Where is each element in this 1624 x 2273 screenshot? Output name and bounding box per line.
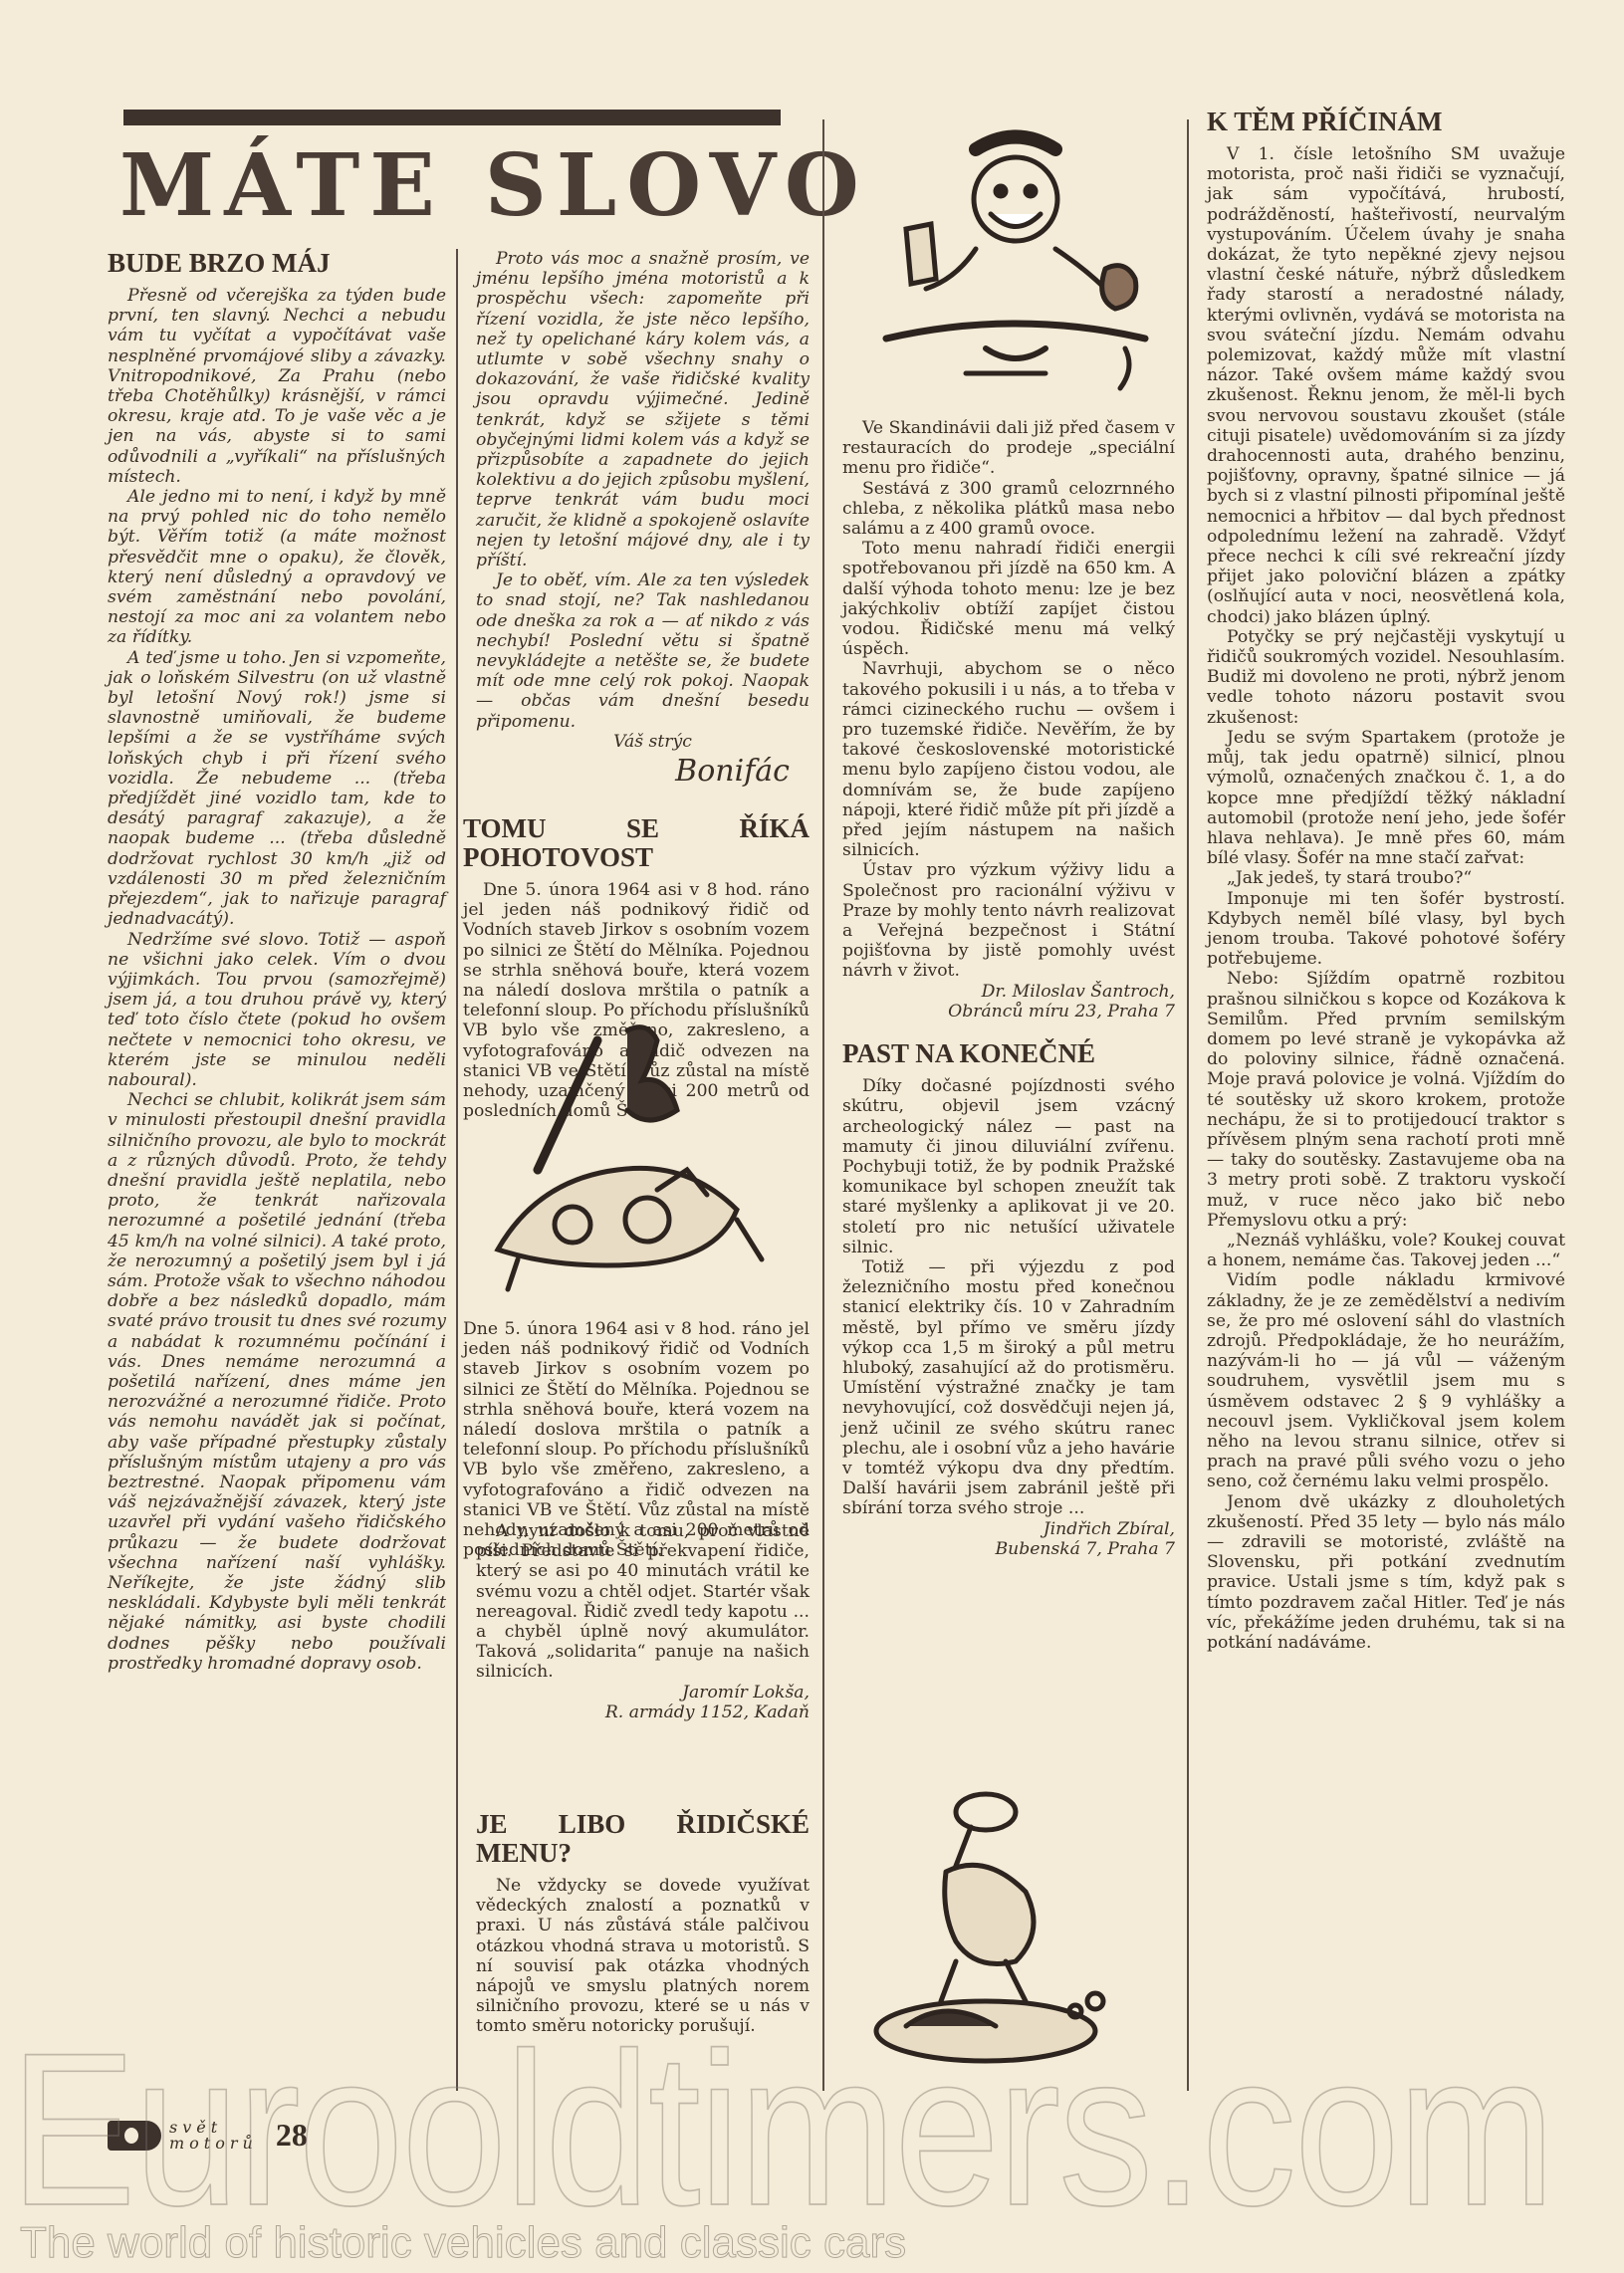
article-je-libo-ridicske-menu: JE LIBO ŘIDIČSKÉ MENU? Ne vždycky se dov…: [476, 1810, 810, 2037]
paragraph: V 1. čísle letošního SM uvažuje motorist…: [1207, 144, 1565, 627]
paragraph: Ústav pro výzkum výživy lidu a Společnos…: [842, 860, 1175, 981]
paragraph: Navrhuji, abychom se o něco takového pok…: [842, 659, 1175, 860]
paragraph: Přesně od včerejška za týden bude první,…: [108, 286, 446, 487]
watermark-tagline: The world of historic vehicles and class…: [20, 2218, 906, 2268]
paragraph: Proto vás moc a snažně prosím, ve jménu …: [476, 249, 810, 570]
paragraph: Díky dočasné pojízdnosti svého skútru, o…: [842, 1076, 1175, 1257]
paragraph: A nyní došlo k tomu, proč vlastně píši. …: [476, 1521, 810, 1683]
signature: Bonifác: [476, 752, 810, 792]
masthead-rule: [123, 110, 781, 125]
paragraph: Jedu se svým Spartakem (protože je můj, …: [1207, 728, 1565, 868]
author: Jindřich Zbíral,: [842, 1519, 1175, 1539]
column-divider: [456, 249, 458, 2091]
quote: „Jak jedeš, ty stará troubo?“: [1207, 868, 1565, 888]
paragraph: Totiž — při výjezdu z pod železničního m…: [842, 1257, 1175, 1519]
paragraph: Ve Skandinávii dali již před časem v res…: [842, 418, 1175, 479]
toasting-man-cartoon: [866, 119, 1165, 418]
masthead-title: MÁTE SLOVO: [119, 131, 797, 241]
author: Dr. Miloslav Šantroch,: [842, 982, 1175, 1002]
paragraph: Ale jedno mi to není, i když by mně na p…: [108, 487, 446, 648]
magazine-page: MÁTE SLOVO BUDE BRZO MÁJ Přesně od včere…: [0, 0, 1624, 2273]
author-address: Obránců míru 23, Praha 7: [842, 1002, 1175, 1022]
article-title: K TĚM PŘÍČINÁM: [1207, 108, 1565, 136]
quote: „Neznáš vyhlášku, vole? Koukej couvat a …: [1207, 1231, 1565, 1270]
article-title: TOMU SE ŘÍKÁ POHOTOVOST: [463, 814, 810, 872]
author-address: Bubenská 7, Praha 7: [842, 1539, 1175, 1559]
paragraph: Nedržíme své slovo. Totiž — aspoň ne vši…: [108, 930, 446, 1091]
article-je-libo-continued: Ve Skandinávii dali již před časem v res…: [842, 418, 1175, 1559]
paragraph: Je to oběť, vím. Ale za ten výsledek to …: [476, 570, 810, 732]
closing: Váš strýc: [476, 732, 810, 752]
paragraph: Vidím podle nákladu krmivové základny, ž…: [1207, 1270, 1565, 1491]
paragraph: Jenom dvě ukázky z dlouholetých zkušenos…: [1207, 1492, 1565, 1654]
crashed-car-cartoon: [478, 1011, 797, 1309]
article-title: JE LIBO ŘIDIČSKÉ MENU?: [476, 1810, 810, 1868]
author-address: R. armády 1152, Kadaň: [476, 1703, 810, 1722]
paragraph: A teď jsme u toho. Jen si vzpomeňte, jak…: [108, 648, 446, 930]
article-tomu-se-rika-ending: A nyní došlo k tomu, proč vlastně píši. …: [476, 1521, 810, 1722]
paragraph: Sestává z 300 gramů celozrnného chleba, …: [842, 479, 1175, 540]
column-divider: [1187, 119, 1189, 2091]
article-title: PAST NA KONEČNÉ: [842, 1039, 1175, 1068]
paragraph: Toto menu nahradí řidiči energii spotřeb…: [842, 539, 1175, 659]
paragraph: Nebo: Sjíždím opatrně rozbitou prašnou s…: [1207, 969, 1565, 1231]
column-divider: [822, 119, 824, 2091]
article-bude-brzo-maj: BUDE BRZO MÁJ Přesně od včerejška za týd…: [108, 249, 446, 1674]
watermark-site: Eurooldtimers.com: [10, 2021, 1623, 2239]
paragraph: Nechci se chlubit, kolikrát jsem sám v m…: [108, 1090, 446, 1674]
paragraph: Imponuje mi ten šofér bystrostí. Kdybych…: [1207, 889, 1565, 970]
paragraph: Potyčky se prý nejčastěji vyskytují u ři…: [1207, 627, 1565, 728]
article-title: BUDE BRZO MÁJ: [108, 249, 446, 278]
author: Jaromír Lokša,: [476, 1683, 810, 1703]
article-bude-brzo-maj-continued: Proto vás moc a snažně prosím, ve jménu …: [476, 249, 810, 792]
article-k-tem-pricinam: K TĚM PŘÍČINÁM V 1. čísle letošního SM u…: [1207, 108, 1565, 1653]
